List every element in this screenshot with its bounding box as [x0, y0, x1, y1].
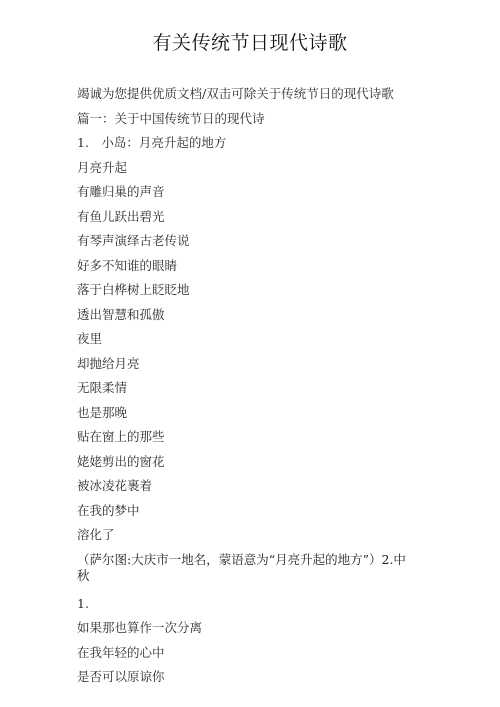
poem-line: 溶化了	[77, 523, 427, 548]
poem-line: 月亮升起	[77, 156, 427, 181]
poem-line: 姥姥剪出的窗花	[77, 450, 427, 475]
poem-footnote: （萨尔图:大庆市一地名，蒙语意为“月亮升起的地方”）2.中秋	[77, 552, 407, 584]
poem-line: 贴在窗上的那些	[77, 425, 427, 450]
poem-line: 无限柔情	[77, 376, 427, 401]
poem-line: 却抛给月亮	[77, 352, 427, 377]
poem-line: 好多不知谁的眼睛	[77, 254, 427, 279]
document-title: 有关传统节日现代诗歌	[0, 28, 500, 55]
poem-line: 如果那也算作一次分离	[77, 616, 427, 641]
poem-line: 被冰凌花裹着	[77, 474, 427, 499]
poem-line: 在我年轻的心中	[77, 641, 427, 666]
poem-line: 有鱼儿跃出碧光	[77, 205, 427, 230]
poem-line: 夜里	[77, 327, 427, 352]
document-body: 竭诚为您提供优质文档/双击可除关于传统节日的现代诗歌 篇一：关于中国传统节日的现…	[77, 82, 427, 690]
poem-line: 是否可以原谅你	[77, 665, 427, 690]
poem-line: 有琴声演绎古老传说	[77, 229, 427, 254]
poem-number: 1.	[77, 592, 427, 617]
intro-line: 竭诚为您提供优质文档/双击可除关于传统节日的现代诗歌	[77, 82, 427, 107]
poem-line: 在我的梦中	[77, 499, 427, 524]
poem-line: 有雕归巢的声音	[77, 180, 427, 205]
section-heading: 篇一：关于中国传统节日的现代诗	[77, 107, 427, 132]
poem-line: 落于白桦树上眨眨地	[77, 278, 427, 303]
poem-line: 透出智慧和孤傲	[77, 303, 427, 328]
poem-line: 也是那晚	[77, 401, 427, 426]
poem-title: 1. 小岛：月亮升起的地方	[77, 131, 427, 156]
